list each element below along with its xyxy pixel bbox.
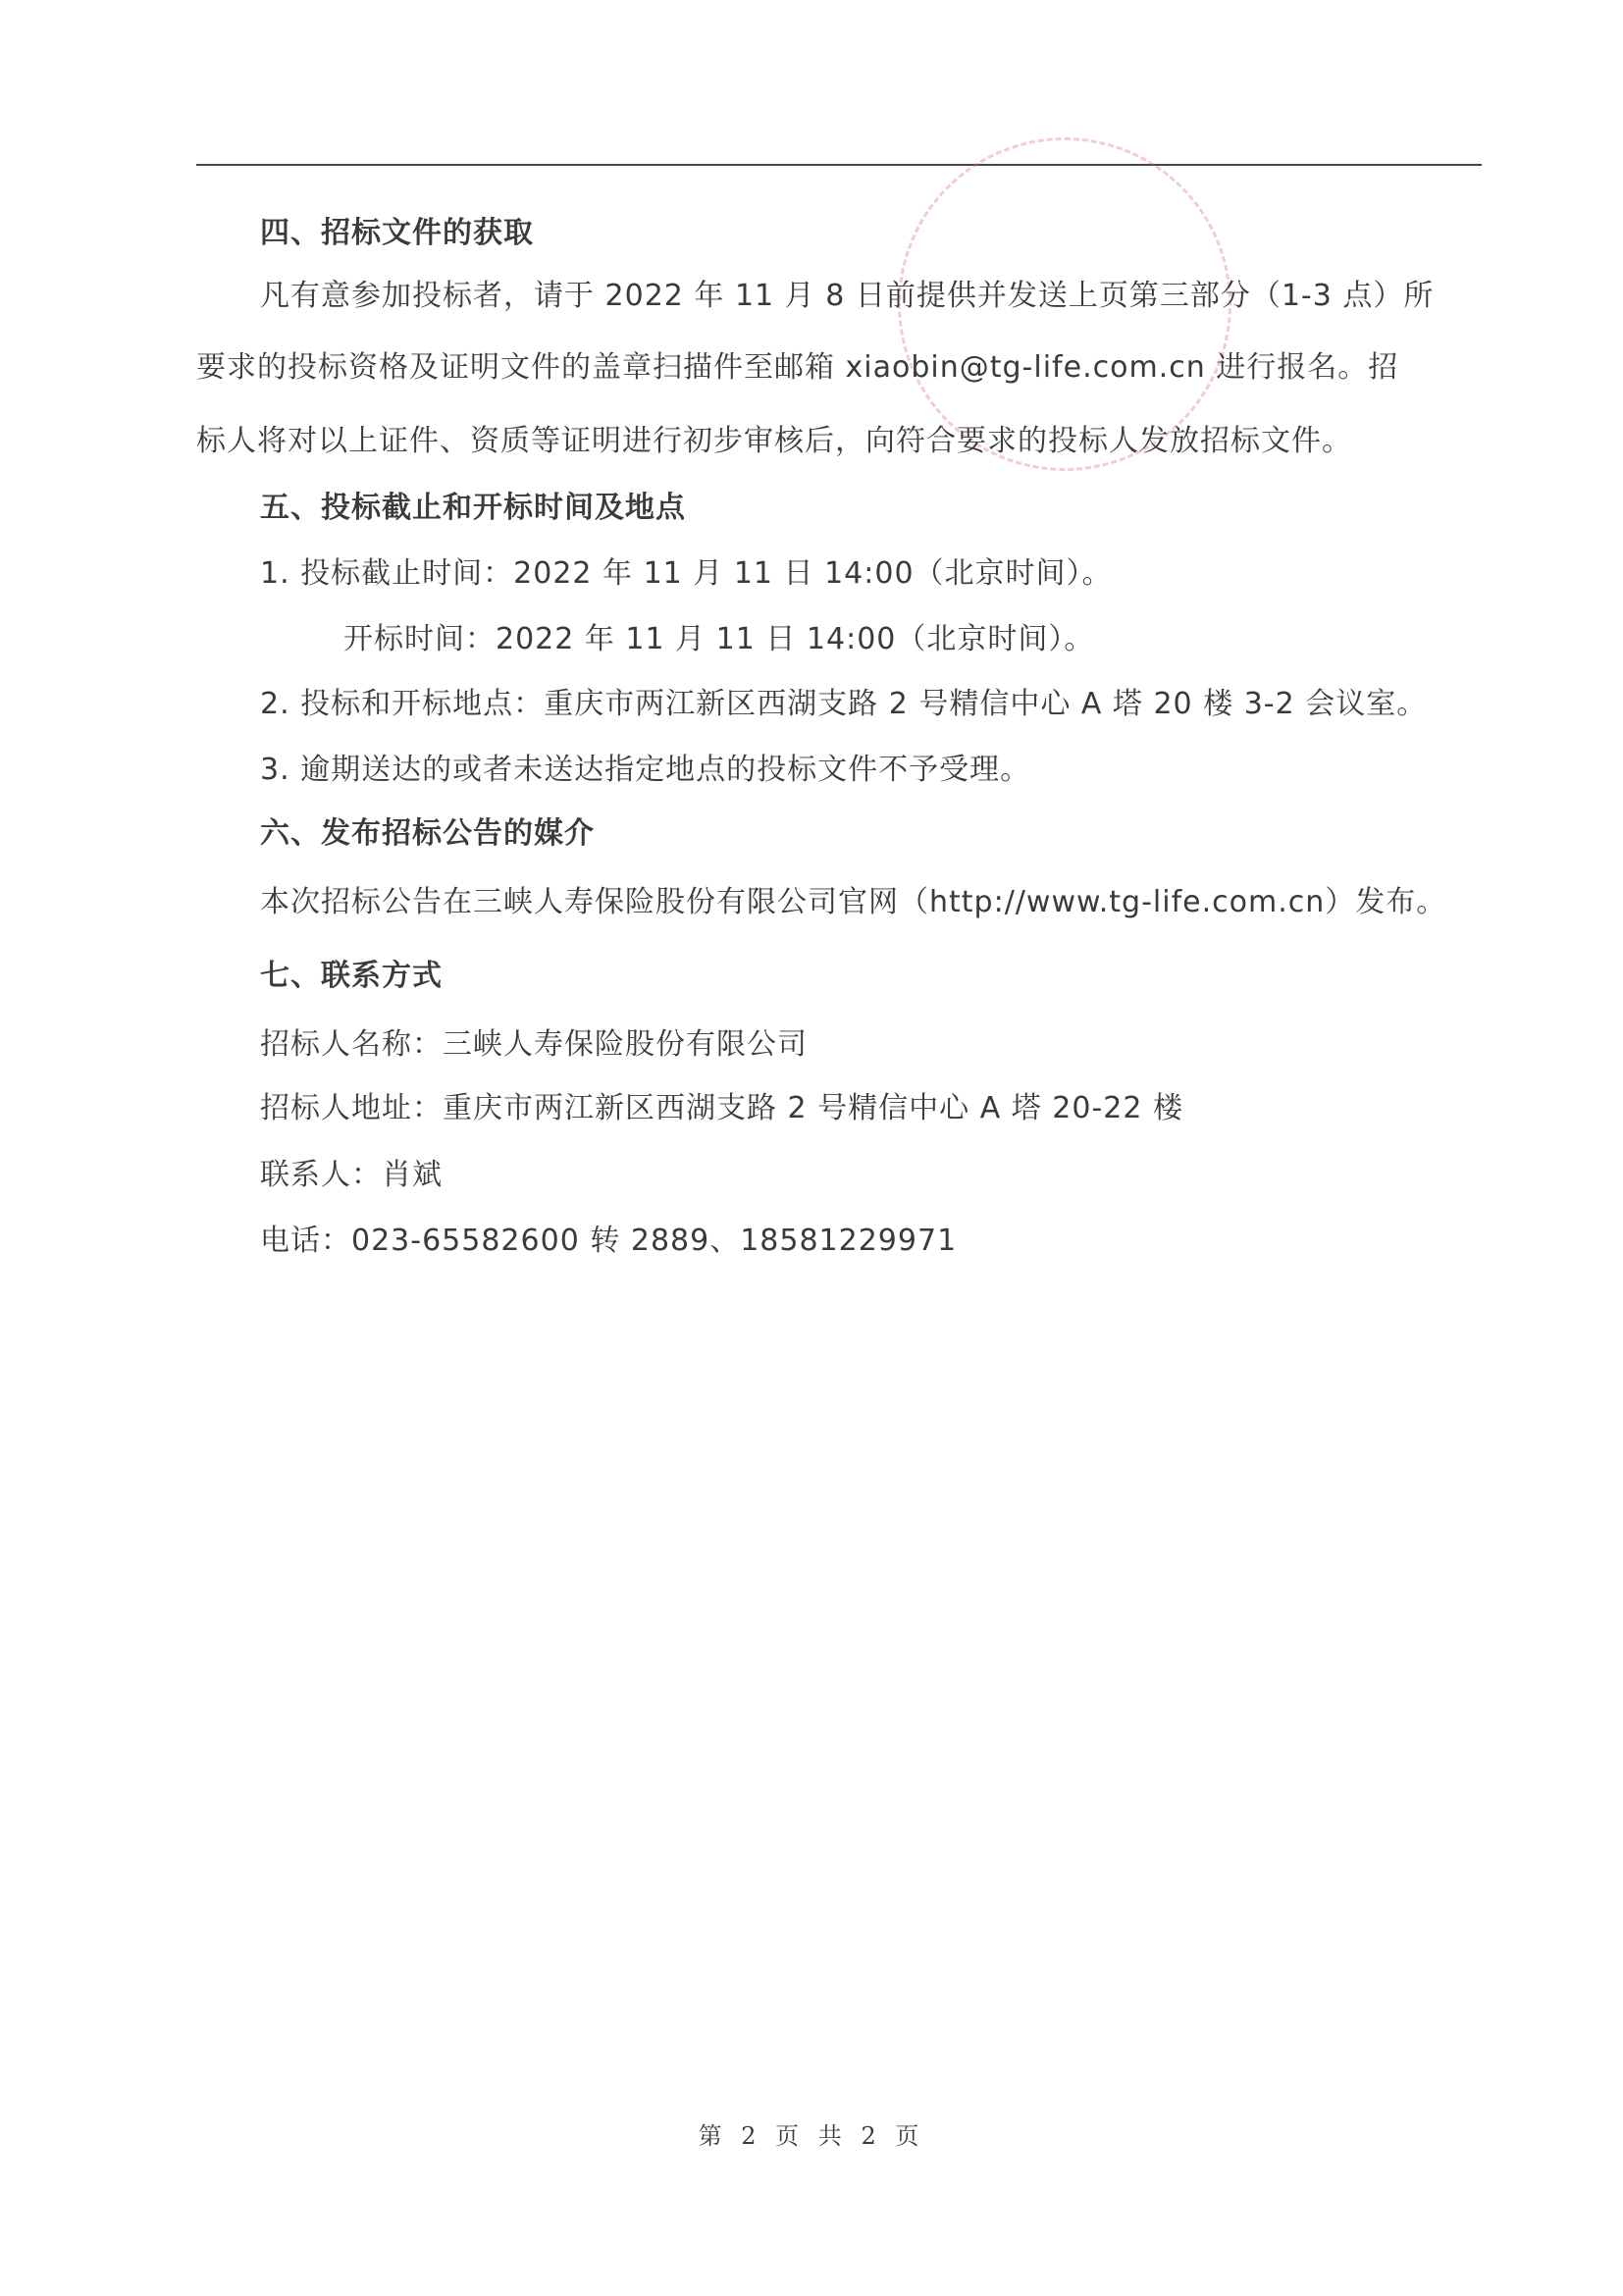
page-number: 第 2 页 共 2 页 (0, 2116, 1623, 2151)
section-5-heading: 五、投标截止和开标时间及地点 (260, 489, 686, 528)
section-7-heading: 七、联系方式 (260, 957, 443, 996)
tenderer-name: 招标人名称：三峡人寿保险股份有限公司 (260, 1025, 808, 1065)
section-4-heading: 四、招标文件的获取 (260, 214, 534, 253)
section-4-line-2: 要求的投标资格及证明文件的盖章扫描件至邮箱 xiaobin@tg-life.co… (196, 348, 1398, 388)
contact-phone: 电话：023-65582600 转 2889、18581229971 (260, 1222, 957, 1261)
late-submission-note: 3. 逾期送达的或者未送达指定地点的投标文件不予受理。 (260, 751, 1030, 790)
tenderer-address: 招标人地址：重庆市两江新区西湖支路 2 号精信中心 A 塔 20-22 楼 (260, 1089, 1183, 1128)
section-4-line-1: 凡有意参加投标者，请于 2022 年 11 月 8 日前提供并发送上页第三部分（… (260, 277, 1434, 316)
section-6-heading: 六、发布招标公告的媒介 (260, 814, 595, 854)
bid-opening-time: 开标时间：2022 年 11 月 11 日 14:00（北京时间）。 (343, 620, 1094, 659)
publication-media-line: 本次招标公告在三峡人寿保险股份有限公司官网（http://www.tg-life… (260, 883, 1446, 922)
document-page: 四、招标文件的获取 凡有意参加投标者，请于 2022 年 11 月 8 日前提供… (0, 0, 1623, 2296)
bid-deadline: 1. 投标截止时间：2022 年 11 月 11 日 14:00（北京时间）。 (260, 554, 1113, 594)
section-4-line-3: 标人将对以上证件、资质等证明进行初步审核后，向符合要求的投标人发放招标文件。 (196, 422, 1352, 461)
bid-location: 2. 投标和开标地点：重庆市两江新区西湖支路 2 号精信中心 A 塔 20 楼 … (260, 685, 1427, 724)
header-rule (196, 164, 1482, 166)
contact-person: 联系人：肖斌 (260, 1156, 443, 1195)
